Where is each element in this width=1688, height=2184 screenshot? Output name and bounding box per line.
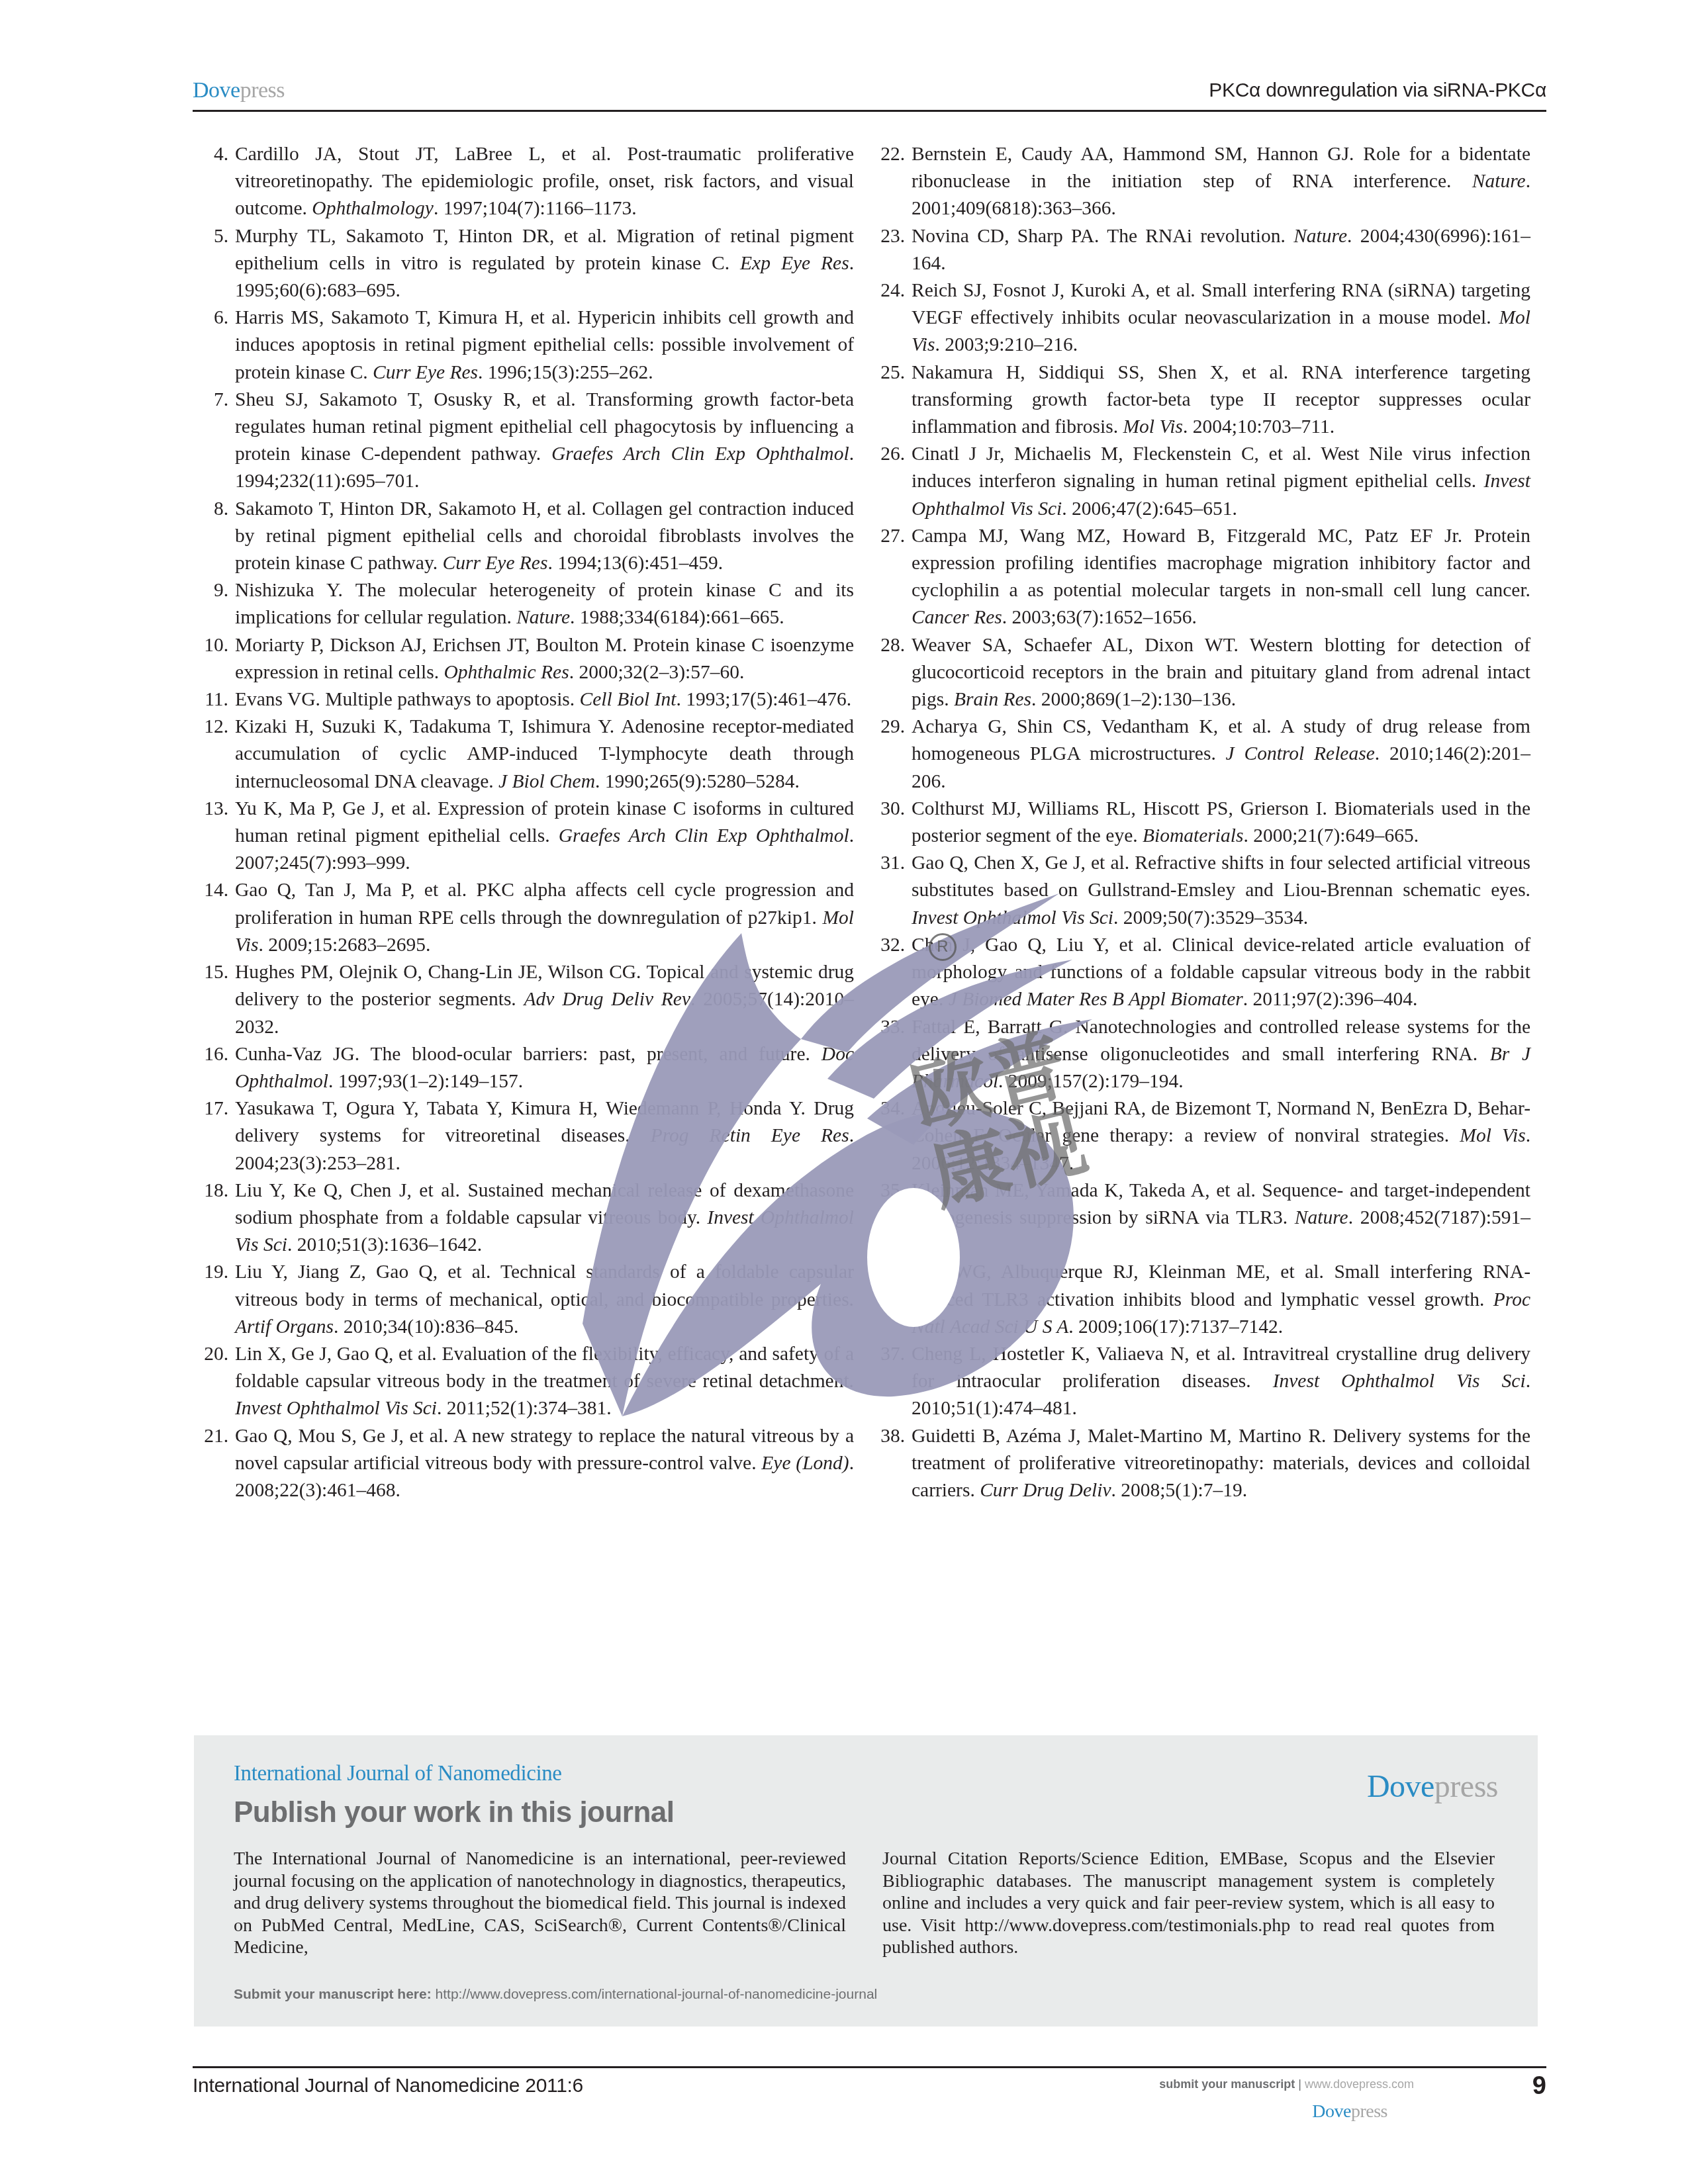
reference-text: Bernstein E, Caudy AA, Hammond SM, Hanno… [912, 144, 1530, 192]
reference-item: 15.Hughes PM, Olejnik O, Chang-Lin JE, W… [199, 959, 854, 1041]
reference-item: 27.Campa MJ, Wang MZ, Howard B, Fitzgera… [875, 523, 1530, 632]
reference-number: 13. [199, 796, 228, 823]
reference-journal: Biomaterials [1143, 825, 1243, 846]
reference-journal: Invest Ophthalmol Vis Sci [912, 907, 1113, 929]
reference-journal: Mol Vis [1460, 1125, 1525, 1146]
reference-number: 9. [199, 577, 228, 604]
reference-citation: . 2011;52(1):374–381. [437, 1398, 612, 1419]
reference-item: 8.Sakamoto T, Hinton DR, Sakamoto H, et … [199, 496, 854, 578]
reference-item: 36.Cho WG, Albuquerque RJ, Kleinman ME, … [875, 1259, 1530, 1341]
reference-number: 21. [199, 1423, 228, 1450]
footer-submit-line: submit your manuscript | www.dovepress.c… [1159, 2077, 1414, 2091]
running-footer: International Journal of Nanomedicine 20… [193, 2066, 1546, 2068]
reference-journal: Adv Drug Deliv Rev [524, 989, 691, 1010]
promo-submit-label: Submit your manuscript here: [234, 1987, 436, 2002]
reference-item: 13.Yu K, Ma P, Ge J, et al. Expression o… [199, 796, 854, 878]
reference-item: 22.Bernstein E, Caudy AA, Hammond SM, Ha… [875, 141, 1530, 223]
reference-number: 37. [875, 1341, 905, 1368]
reference-citation: . 2008;5(1):7–19. [1111, 1480, 1248, 1501]
promo-dovepress-logo: Dovepress [1367, 1768, 1498, 1805]
reference-journal: Ophthalmic Res [444, 662, 569, 683]
reference-text: Gao Q, Chen X, Ge J, et al. Refractive s… [912, 852, 1530, 901]
reference-number: 7. [199, 387, 228, 414]
reference-text: Liu Y, Jiang Z, Gao Q, et al. Technical … [235, 1261, 854, 1310]
reference-journal: Exp Eye Res [740, 253, 849, 274]
reference-citation: . 2009;157(2):179–194. [998, 1071, 1183, 1092]
reference-item: 29.Acharya G, Shin CS, Vedantham K, et a… [875, 713, 1530, 796]
promo-body-column-1: The International Journal of Nanomedicin… [234, 1848, 846, 1959]
promo-submit-link[interactable]: http://www.dovepress.com/international-j… [436, 1987, 878, 2002]
promo-heading: Publish your work in this journal [234, 1796, 675, 1829]
reference-journal: Graefes Arch Clin Exp Ophthalmol [551, 443, 849, 465]
reference-number: 12. [199, 713, 228, 741]
reference-journal: Nature [1472, 171, 1526, 192]
reference-journal: Invest Ophthalmol Vis Sci [1273, 1371, 1526, 1392]
reference-citation: . 1996;15(3):255–262. [478, 362, 653, 383]
reference-item: 37.Cheng L, Hostetler K, Valiaeva N, et … [875, 1341, 1530, 1423]
promo-submit-line: Submit your manuscript here: http://www.… [234, 1987, 877, 2003]
reference-item: 5.Murphy TL, Sakamoto T, Hinton DR, et a… [199, 223, 854, 305]
reference-number: 20. [199, 1341, 228, 1368]
reference-text: Andrieu-Soler C, Bejjani RA, de Bizemont… [912, 1098, 1530, 1146]
reference-item: 10.Moriarty P, Dickson AJ, Erichsen JT, … [199, 632, 854, 686]
reference-text: Novina CD, Sharp PA. The RNAi revolution… [912, 226, 1293, 247]
reference-item: 26.Cinatl J Jr, Michaelis M, Fleckenstei… [875, 441, 1530, 523]
reference-item: 18.Liu Y, Ke Q, Chen J, et al. Sustained… [199, 1177, 854, 1259]
reference-item: 25.Nakamura H, Siddiqui SS, Shen X, et a… [875, 359, 1530, 441]
reference-number: 34. [875, 1095, 905, 1122]
reference-list-right: 22.Bernstein E, Caudy AA, Hammond SM, Ha… [875, 141, 1530, 1504]
reference-number: 32. [875, 932, 905, 959]
reference-number: 15. [199, 959, 228, 986]
reference-item: 28.Weaver SA, Schaefer AL, Dixon WT. Wes… [875, 632, 1530, 714]
reference-item: 12.Kizaki H, Suzuki K, Tadakuma T, Ishim… [199, 713, 854, 796]
reference-text: Fattal E, Barratt G. Nanotechnologies an… [912, 1017, 1530, 1065]
reference-citation: . 1988;334(6184):661–665. [570, 607, 784, 628]
reference-citation: . 2000;32(2–3):57–60. [569, 662, 745, 683]
reference-journal: J Biomed Mater Res B Appl Biomater [949, 989, 1243, 1010]
reference-journal: Graefes Arch Clin Exp Ophthalmol [559, 825, 849, 846]
reference-item: 24.Reich SJ, Fosnot J, Kuroki A, et al. … [875, 277, 1530, 359]
reference-item: 38.Guidetti B, Azéma J, Malet-Martino M,… [875, 1423, 1530, 1505]
reference-item: 9.Nishizuka Y. The molecular heterogenei… [199, 577, 854, 631]
reference-citation: . 2009;15:2683–2695. [259, 934, 431, 956]
reference-journal: Curr Eye Res [373, 362, 478, 383]
reference-item: 31.Gao Q, Chen X, Ge J, et al. Refractiv… [875, 850, 1530, 932]
reference-item: 6.Harris MS, Sakamoto T, Kimura H, et al… [199, 304, 854, 387]
footer-journal-citation: International Journal of Nanomedicine 20… [193, 2075, 583, 2097]
brand-press: press [1351, 2101, 1387, 2122]
reference-text: Cho WG, Albuquerque RJ, Kleinman ME, et … [912, 1261, 1530, 1310]
reference-number: 26. [875, 441, 905, 468]
reference-number: 30. [875, 796, 905, 823]
reference-number: 22. [875, 141, 905, 168]
footer-submit-label: submit your manuscript [1159, 2077, 1295, 2091]
reference-number: 33. [875, 1014, 905, 1041]
reference-citation: . 2003;63(7):1652–1656. [1002, 607, 1197, 628]
reference-journal: Artif Organs [235, 1316, 334, 1338]
reference-journal: Curr Eye Res [443, 553, 548, 574]
reference-text: Gao Q, Tan J, Ma P, et al. PKC alpha aff… [235, 880, 854, 928]
reference-number: 31. [875, 850, 905, 877]
reference-journal: Nature [516, 607, 570, 628]
reference-number: 18. [199, 1177, 228, 1205]
reference-item: 11.Evans VG. Multiple pathways to apopto… [199, 686, 854, 713]
reference-item: 19.Liu Y, Jiang Z, Gao Q, et al. Technic… [199, 1259, 854, 1341]
reference-item: 17.Yasukawa T, Ogura Y, Tabata Y, Kimura… [199, 1095, 854, 1177]
reference-list-left: 4.Cardillo JA, Stout JT, LaBree L, et al… [199, 141, 854, 1504]
reference-journal: Cell Biol Int [580, 689, 677, 710]
reference-number: 17. [199, 1095, 228, 1122]
reference-item: 35.Kleinman ME, Yamada K, Takeda A, et a… [875, 1177, 1530, 1259]
reference-item: 33.Fattal E, Barratt G. Nanotechnologies… [875, 1014, 1530, 1096]
reference-text: Cunha-Vaz JG. The blood-ocular barriers:… [235, 1044, 821, 1065]
reference-number: 28. [875, 632, 905, 659]
footer-dovepress-logo: Dovepress [1312, 2101, 1387, 2122]
running-title: PKCα downregulation via siRNA-PKCα [1209, 79, 1546, 102]
reference-citation: . 1990;265(9):5280–5284. [595, 771, 800, 792]
reference-citation: . 2000;21(7):649–665. [1243, 825, 1419, 846]
reference-citation: . 2000;869(1–2):130–136. [1031, 689, 1236, 710]
reference-item: 30.Colthurst MJ, Williams RL, Hiscott PS… [875, 796, 1530, 850]
footer-site-link[interactable]: www.dovepress.com [1305, 2077, 1414, 2091]
reference-text: Campa MJ, Wang MZ, Howard B, Fitzgerald … [912, 525, 1530, 601]
page-number: 9 [1532, 2072, 1546, 2101]
reference-journal: Prog Retin Eye Res [651, 1125, 849, 1146]
reference-citation: . 2010;34(10):836–845. [334, 1316, 518, 1338]
reference-citation: . 2010;51(3):1636–1642. [287, 1234, 482, 1255]
reference-item: 7.Sheu SJ, Sakamoto T, Osusky R, et al. … [199, 387, 854, 496]
reference-number: 38. [875, 1423, 905, 1450]
reference-number: 23. [875, 223, 905, 250]
reference-citation: . 1994;13(6):451–459. [547, 553, 723, 574]
reference-number: 4. [199, 141, 228, 168]
reference-citation: . 2009;106(17):7137–7142. [1068, 1316, 1283, 1338]
promo-body-column-2: Journal Citation Reports/Science Edition… [882, 1848, 1495, 1959]
reference-text: Lin X, Ge J, Gao Q, et al. Evaluation of… [235, 1343, 854, 1392]
dovepress-logo: Dovepress [193, 78, 285, 103]
reference-citation: . 1993;17(5):461–476. [676, 689, 851, 710]
footer-separator: | [1295, 2077, 1305, 2091]
journal-promo-box: International Journal of Nanomedicine Pu… [194, 1735, 1538, 2026]
reference-number: 5. [199, 223, 228, 250]
running-header: Dovepress PKCα downregulation via siRNA-… [193, 78, 1546, 112]
reference-citation: . 2004;10:703–711. [1183, 416, 1335, 437]
brand-dove: Dove [1312, 2101, 1351, 2122]
reference-item: 20.Lin X, Ge J, Gao Q, et al. Evaluation… [199, 1341, 854, 1423]
brand-dove: Dove [193, 78, 240, 103]
reference-journal: Nature [1295, 1207, 1348, 1228]
reference-number: 25. [875, 359, 905, 387]
reference-text: Reich SJ, Fosnot J, Kuroki A, et al. Sma… [912, 280, 1530, 328]
brand-press: press [1434, 1769, 1498, 1804]
reference-number: 8. [199, 496, 228, 523]
reference-item: 23.Novina CD, Sharp PA. The RNAi revolut… [875, 223, 1530, 277]
reference-item: 14.Gao Q, Tan J, Ma P, et al. PKC alpha … [199, 877, 854, 959]
reference-item: 34.Andrieu-Soler C, Bejjani RA, de Bizem… [875, 1095, 1530, 1177]
reference-number: 35. [875, 1177, 905, 1205]
reference-number: 36. [875, 1259, 905, 1286]
reference-journal: Eye (Lond) [761, 1453, 849, 1474]
reference-citation: . 1997;104(7):1166–1173. [434, 198, 637, 219]
reference-journal: Invest Ophthalmol Vis Sci [235, 1398, 437, 1419]
reference-text: Cinatl J Jr, Michaelis M, Fleckenstein C… [912, 443, 1530, 492]
reference-item: 4.Cardillo JA, Stout JT, LaBree L, et al… [199, 141, 854, 223]
brand-dove: Dove [1367, 1769, 1434, 1804]
reference-item: 21.Gao Q, Mou S, Ge J, et al. A new stra… [199, 1423, 854, 1505]
reference-item: 32.Chen J, Gao Q, Liu Y, et al. Clinical… [875, 932, 1530, 1014]
reference-journal: J Biol Chem [498, 771, 595, 792]
reference-number: 11. [199, 686, 228, 713]
reference-number: 10. [199, 632, 228, 659]
reference-citation: . 2003;9:210–216. [935, 334, 1078, 355]
reference-journal: Mol Vis [1123, 416, 1183, 437]
reference-journal: Cancer Res [912, 607, 1002, 628]
promo-journal-name: International Journal of Nanomedicine [234, 1762, 562, 1786]
reference-number: 24. [875, 277, 905, 304]
reference-number: 16. [199, 1041, 228, 1068]
reference-journal: Ophthalmology [312, 198, 434, 219]
reference-journal: Curr Drug Deliv [980, 1480, 1111, 1501]
reference-journal: J Control Release [1226, 743, 1375, 764]
reference-journal: Nature [1293, 226, 1347, 247]
reference-number: 6. [199, 304, 228, 332]
brand-press: press [240, 78, 285, 103]
reference-citation: . 2009;50(7):3529–3534. [1113, 907, 1308, 929]
reference-number: 29. [875, 713, 905, 741]
reference-citation: . 2006;47(2):645–651. [1062, 498, 1237, 520]
reference-text: Evans VG. Multiple pathways to apoptosis… [235, 689, 580, 710]
reference-journal: Brain Res [954, 689, 1031, 710]
reference-item: 16.Cunha-Vaz JG. The blood-ocular barrie… [199, 1041, 854, 1095]
reference-number: 27. [875, 523, 905, 550]
reference-citation: . 2011;97(2):396–404. [1243, 989, 1418, 1010]
reference-citation: . 1997;93(1–2):149–157. [328, 1071, 523, 1092]
reference-number: 19. [199, 1259, 228, 1286]
reference-number: 14. [199, 877, 228, 904]
